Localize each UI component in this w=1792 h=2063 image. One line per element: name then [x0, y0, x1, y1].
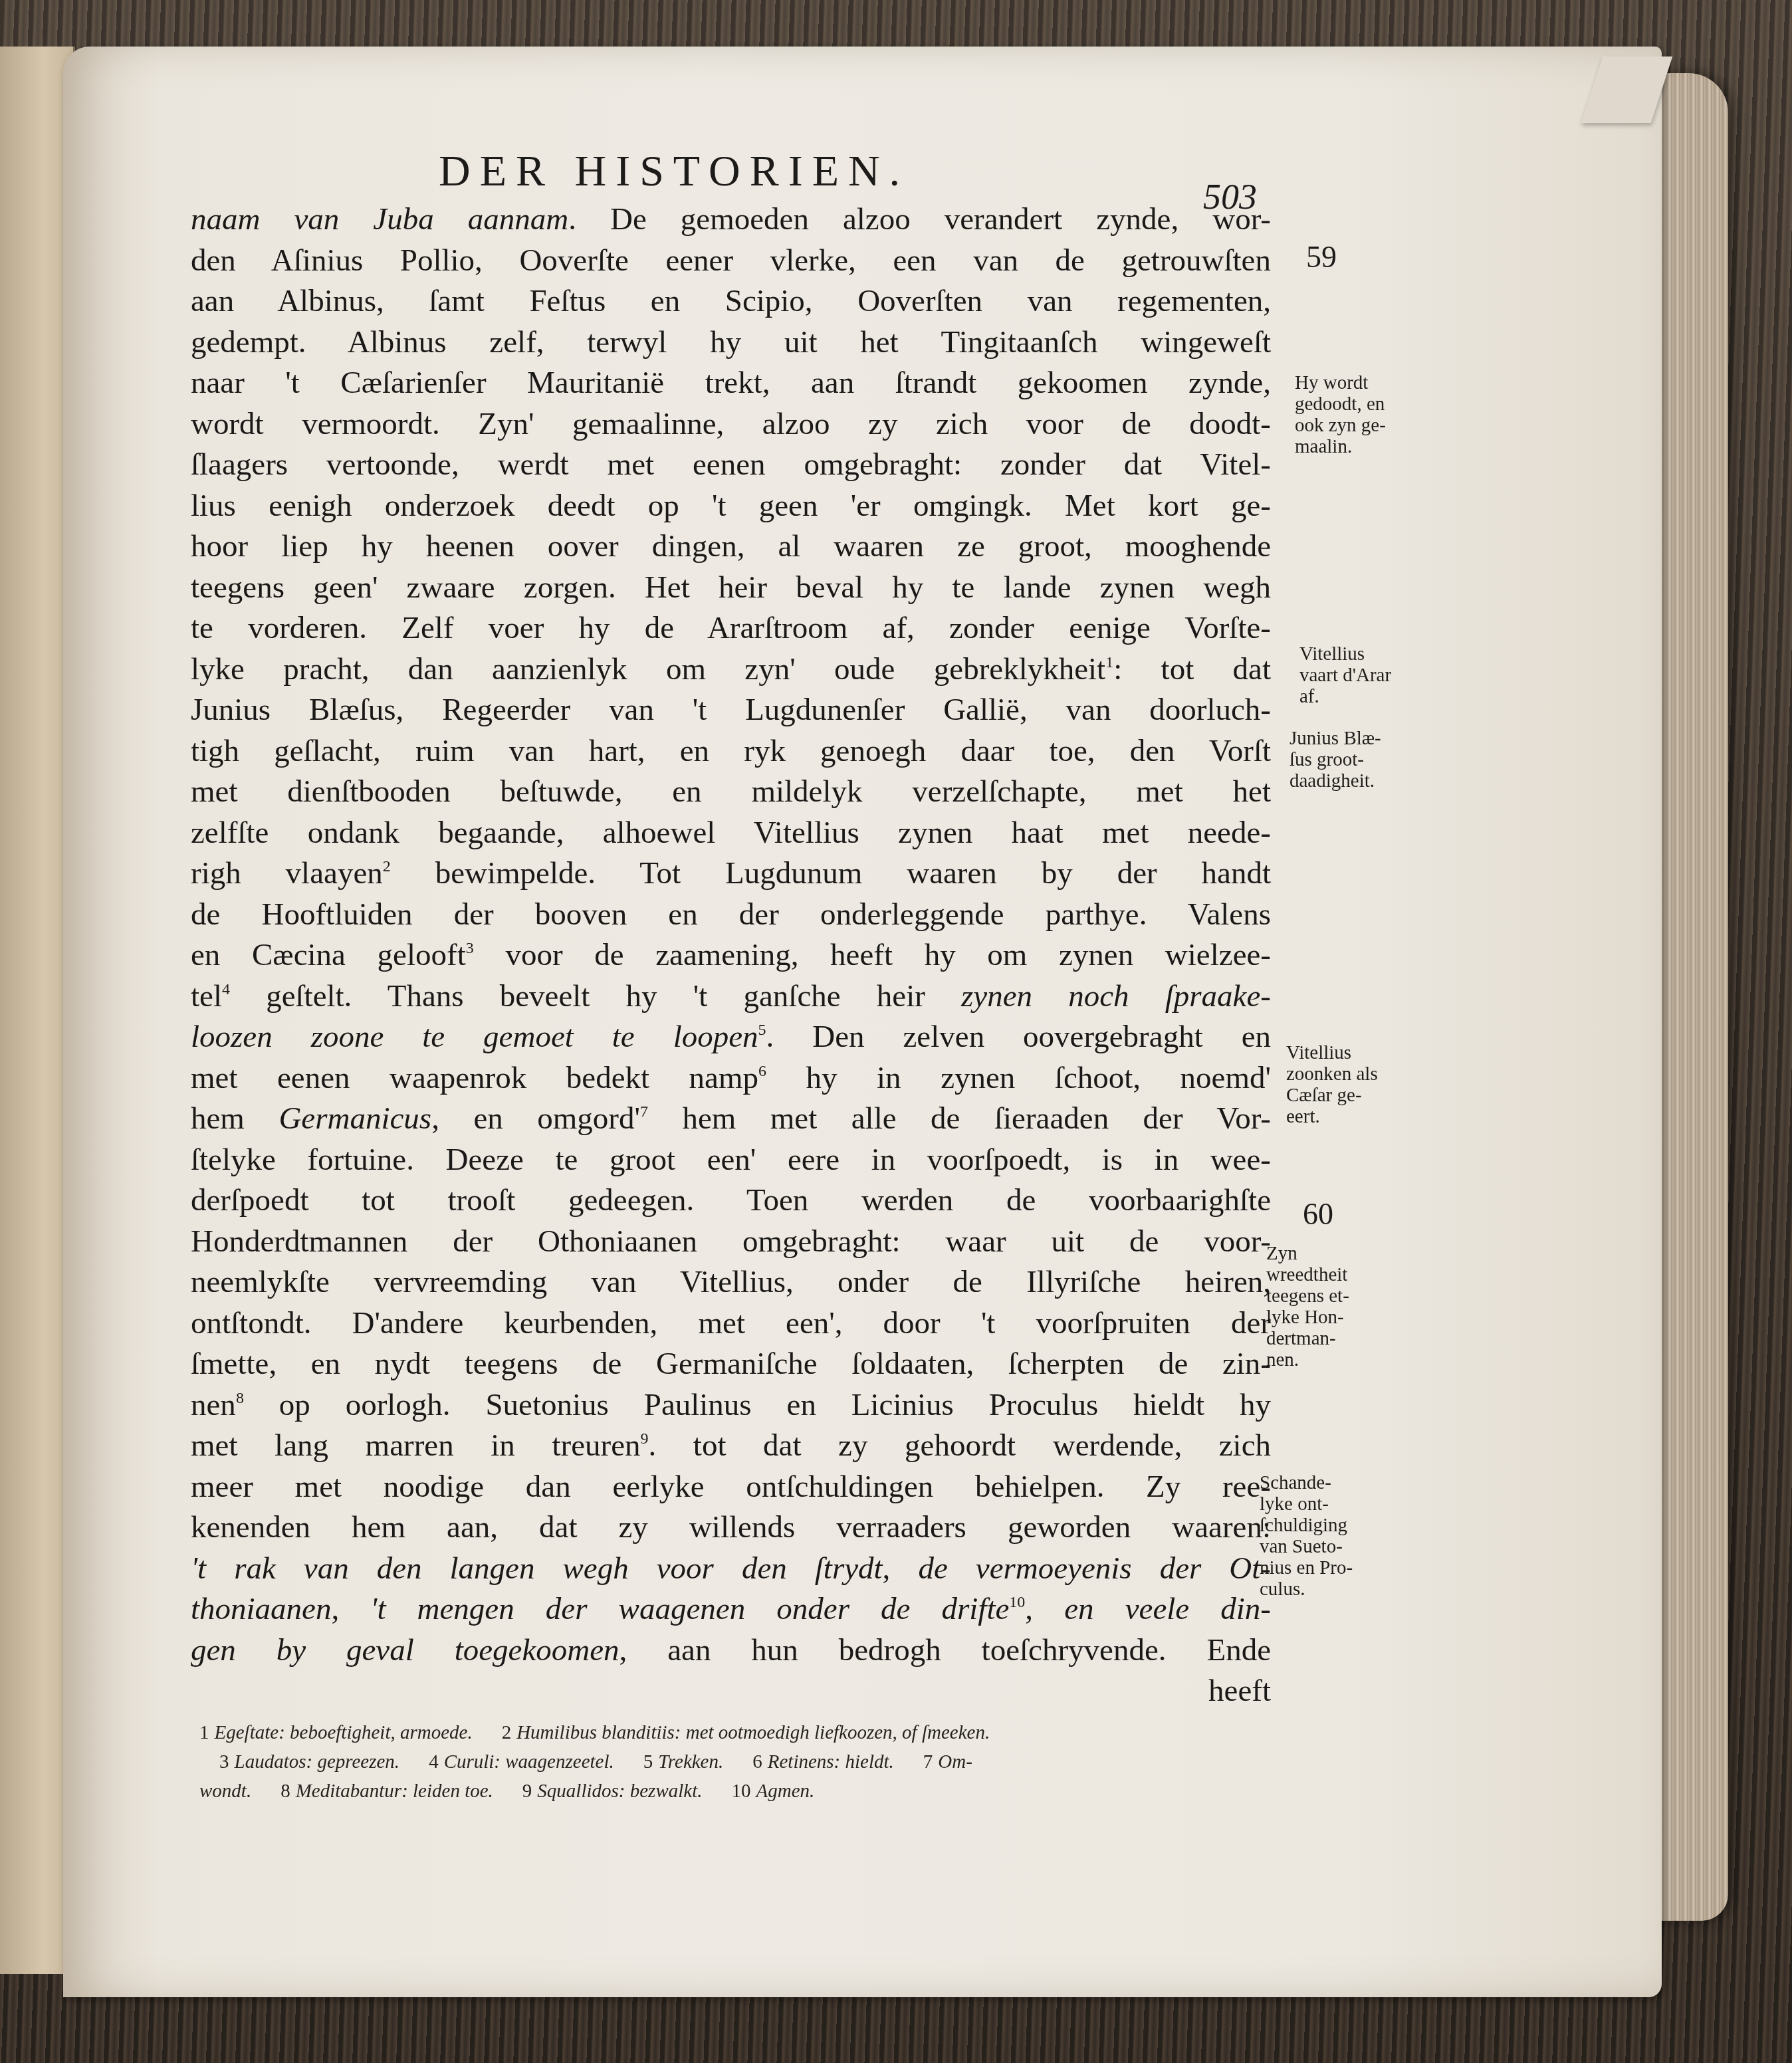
text-line: ſmette, en nydt teegens de Germaniſche ſ…: [191, 1344, 1271, 1385]
text-segment: : tot dat: [1113, 652, 1271, 687]
text-line: den Aſinius Pollio, Ooverſte eener vlerk…: [191, 241, 1271, 282]
text-line: lyke pracht, dan aanzienlyk om zyn' oude…: [191, 649, 1271, 691]
text-line: kenenden hem aan, dat zy willends verraa…: [191, 1507, 1271, 1549]
footnote-item: 9Squallidos: bezwalkt.: [522, 1781, 703, 1802]
text-segment: geſtelt. Thans beveelt hy 't ganſche hei…: [230, 979, 961, 1014]
text-segment: op oorlogh. Suetonius Paulinus en Licini…: [244, 1388, 1271, 1422]
footnote-item: 2Humilibus blanditiis: met ootmoedigh li…: [502, 1722, 990, 1743]
text-segment: derſpoedt tot trooſt gedeegen. Toen werd…: [191, 1183, 1271, 1218]
text-segment: naam van Juba aannam: [191, 202, 568, 237]
text-line: de Hooftluiden der booven en der onderle…: [191, 895, 1271, 936]
margin-note-line: Zyn: [1266, 1243, 1419, 1264]
footnote-term: Egeſtate:: [215, 1722, 290, 1743]
text-line: te vorderen. Zelf voer hy de Ararſtroom …: [191, 608, 1271, 649]
text-segment: 't mengen der waagenen onder de drifte: [370, 1592, 1009, 1626]
text-segment: de Hooftluiden der booven en der onderle…: [191, 897, 1271, 932]
footnote-marker: 9: [641, 1430, 649, 1448]
footnote-term: Agmen.: [756, 1781, 814, 1802]
margin-note-line: nen.: [1266, 1349, 1419, 1370]
footnote-definition: gepreezen.: [317, 1751, 399, 1773]
footnote-number: 7: [923, 1751, 933, 1773]
text-line: meer met noodige dan eerlyke ontſchuldin…: [191, 1467, 1271, 1508]
footnote-term: Squallidos:: [537, 1781, 629, 1802]
text-line: teegens geen' zwaare zorgen. Het heir be…: [191, 568, 1271, 609]
text-line: ontſtondt. D'andere keurbenden, met een'…: [191, 1303, 1271, 1345]
text-segment: voor de zaamening, heeft hy om zynen wie…: [474, 938, 1271, 972]
text-line: met dienſtbooden beſtuwde, en mildelyk v…: [191, 772, 1271, 813]
text-line: gedempt. Albinus zelf, terwyl hy uit het…: [191, 322, 1271, 364]
margin-note-line: ſus groot-: [1289, 749, 1442, 770]
footnote-number: 5: [643, 1751, 653, 1773]
text-segment: 't rak van den langen wegh voor den ſtry…: [191, 1551, 883, 1586]
text-segment: , en omgord': [431, 1101, 640, 1136]
margin-note-line: ſchuldiging: [1260, 1515, 1412, 1536]
footnote-marker: 6: [758, 1063, 766, 1080]
text-line: derſpoedt tot trooſt gedeegen. Toen werd…: [191, 1180, 1271, 1222]
footnote-marker: 8: [236, 1390, 244, 1407]
text-line: wordt vermoordt. Zyn' gemaalinne, alzoo …: [191, 404, 1271, 445]
margin-note-line: Cæſar ge-: [1286, 1085, 1439, 1106]
text-segment: . tot dat zy gehoordt werdende, zich: [649, 1428, 1272, 1463]
text-segment: met dienſtbooden beſtuwde, en mildelyk v…: [191, 774, 1271, 809]
footnote-marker: 4: [222, 981, 230, 998]
footnote-number: 8: [280, 1781, 290, 1802]
chapter-number: 60: [1303, 1196, 1333, 1232]
text-segment: ſtelyke fortuine. Deeze te groot een' ee…: [191, 1142, 1271, 1177]
margin-note-line: wreedtheit: [1266, 1264, 1419, 1285]
footnote-item: 1Egeſtate: beboeftigheit, armoede.: [199, 1722, 473, 1743]
text-segment: wordt vermoordt. Zyn' gemaalinne, alzoo …: [191, 407, 1271, 441]
footnote-definition: hieldt.: [845, 1751, 894, 1773]
text-segment: Germanicus: [279, 1101, 431, 1136]
footnote-definition: waagenzeetel.: [505, 1751, 614, 1773]
margin-note-line: Junius Blæ-: [1289, 728, 1442, 749]
margin-note-line: af.: [1299, 686, 1452, 707]
footnote-definition: met ootmoedigh liefkoozen, of ſmeeken.: [686, 1722, 990, 1743]
text-line: aan Albinus, ſamt Feſtus en Scipio, Oove…: [191, 281, 1271, 322]
text-segment: bewimpelde. Tot Lugdunum waaren by der h…: [391, 856, 1271, 891]
margin-note-line: Schande-: [1260, 1472, 1412, 1493]
text-segment: zelfſte ondank begaande, alhoewel Vitell…: [191, 815, 1271, 850]
text-segment: tigh geſlacht, ruim van hart, en ryk gen…: [191, 734, 1271, 768]
text-line: thoniaanen, 't mengen der waagenen onder…: [191, 1589, 1271, 1630]
text-segment: gedempt. Albinus zelf, terwyl hy uit het…: [191, 325, 1271, 360]
text-line: ſlaagers vertoonde, werdt met eenen omge…: [191, 445, 1271, 486]
footnote-marker: 2: [383, 858, 391, 875]
footnote-marker: 1: [1105, 654, 1113, 671]
text-segment: tel: [191, 979, 222, 1014]
footnote-number: 2: [502, 1722, 512, 1743]
margin-note-line: lyke ont-: [1260, 1493, 1412, 1515]
footnote-item: 7Om-: [923, 1751, 972, 1773]
margin-note-line: lyke Hon-: [1266, 1307, 1419, 1328]
footnote-definition: beboeftigheit, armoede.: [290, 1722, 473, 1743]
text-segment: meer met noodige dan eerlyke ontſchuldin…: [191, 1469, 1271, 1504]
text-segment: hem met alle de ſieraaden der Vor-: [648, 1101, 1271, 1136]
text-line: zelfſte ondank begaande, alhoewel Vitell…: [191, 813, 1271, 854]
text-line: Junius Blæſus, Regeerder van 't Lugdunen…: [191, 690, 1271, 731]
footnote-definition: leiden toe.: [413, 1781, 493, 1802]
text-line: heeft: [191, 1671, 1271, 1712]
text-segment: hem: [191, 1101, 279, 1136]
text-segment: ſlaagers vertoonde, werdt met eenen omge…: [191, 447, 1271, 482]
text-line: neemlykſte vervreemding van Vitellius, o…: [191, 1262, 1271, 1303]
footnote-term: Curuli:: [444, 1751, 506, 1773]
text-segment: teegens geen' zwaare zorgen. Het heir be…: [191, 570, 1271, 605]
footnote-term: Trekken.: [658, 1751, 723, 1773]
text-line: hoor liep hy heenen oover dingen, al waa…: [191, 526, 1271, 568]
margin-note-line: gedoodt, en: [1295, 393, 1448, 415]
footnote-item: 6Retinens: hieldt.: [752, 1751, 894, 1773]
text-segment: ſmette, en nydt teegens de Germaniſche ſ…: [191, 1347, 1271, 1381]
margin-note-line: culus.: [1260, 1578, 1412, 1600]
text-segment: neemlykſte vervreemding van Vitellius, o…: [191, 1265, 1271, 1299]
margin-note-line: ook zyn ge-: [1295, 415, 1448, 436]
margin-note-line: Vitellius: [1286, 1042, 1439, 1063]
margin-note-line: Vitellius: [1299, 643, 1452, 665]
text-line: 't rak van den langen wegh voor den ſtry…: [191, 1549, 1271, 1590]
text-line: ſtelyke fortuine. Deeze te groot een' ee…: [191, 1140, 1271, 1181]
margin-note: Vitelliuszoonken alsCæſar ge-eert.: [1286, 1042, 1439, 1127]
footnote-term: Om-: [938, 1751, 972, 1773]
margin-note-line: eert.: [1286, 1106, 1439, 1127]
footnote-number: 1: [199, 1722, 209, 1743]
footnote-line: wondt.8Meditabantur: leiden toe.9Squalli…: [199, 1777, 1289, 1806]
footnote-number: 3: [219, 1751, 229, 1773]
margin-note-line: vaart d'Arar: [1299, 665, 1452, 686]
text-segment: zynen noch ſpraake-: [961, 979, 1271, 1014]
text-line: gen by geval toegekoomen, aan hun bedrog…: [191, 1630, 1271, 1672]
text-segment: nen: [191, 1388, 236, 1422]
footnote-item: wondt.: [199, 1781, 251, 1802]
text-segment: kenenden hem aan, dat zy willends verraa…: [191, 1510, 1271, 1545]
footnote-item: 4Curuli: waagenzeetel.: [429, 1751, 614, 1773]
footnote-term: wondt.: [199, 1781, 251, 1802]
text-segment: lyke pracht, dan aanzienlyk om zyn' oude…: [191, 652, 1105, 687]
text-segment: en veele din-: [1064, 1592, 1271, 1626]
text-line: lius eenigh onderzoek deedt op 't geen '…: [191, 486, 1271, 527]
footnote-number: 10: [731, 1781, 750, 1802]
text-segment: de vermoeyenis der Ot-: [918, 1551, 1271, 1586]
text-segment: . De gemoeden alzoo verandert zynde, wor…: [568, 202, 1271, 237]
footnote-marker: 7: [640, 1103, 648, 1121]
margin-note-line: daadigheit.: [1289, 770, 1442, 792]
footnote-term: Retinens:: [768, 1751, 845, 1773]
text-segment: te vorderen. Zelf voer hy de Ararſtroom …: [191, 611, 1271, 645]
footnote-marker: 3: [466, 940, 474, 957]
footnote-marker: 5: [758, 1022, 766, 1039]
margin-note-line: dertman-: [1266, 1328, 1419, 1349]
text-line: en Cæcina gelooft3 voor de zaamening, he…: [191, 935, 1271, 976]
text-segment: thoniaanen: [191, 1592, 331, 1626]
text-segment: ,: [331, 1592, 370, 1626]
body-text: naam van Juba aannam. De gemoeden alzoo …: [191, 199, 1271, 1712]
margin-note: Hy wordtgedoodt, enook zyn ge-maalin.: [1295, 372, 1448, 457]
margin-note-line: Hy wordt: [1295, 372, 1448, 393]
text-segment: met lang marren in treuren: [191, 1428, 641, 1463]
text-segment: loozen zoone te gemoet te loopen: [191, 1020, 758, 1054]
margin-note: Zynwreedtheitteegens et-lyke Hon-dertman…: [1266, 1243, 1419, 1370]
text-segment: met eenen waapenrok bedekt namp: [191, 1061, 758, 1095]
footnote-line: 1Egeſtate: beboeftigheit, armoede.2Humil…: [199, 1718, 1289, 1747]
text-segment: righ vlaayen: [191, 856, 383, 891]
text-segment: aan Albinus, ſamt Feſtus en Scipio, Oove…: [191, 284, 1271, 318]
text-segment: den Aſinius Pollio, Ooverſte eener vlerk…: [191, 243, 1271, 278]
text-line: hem Germanicus, en omgord'7 hem met alle…: [191, 1099, 1271, 1140]
footnote-line: 3Laudatos: gepreezen.4Curuli: waagenzeet…: [199, 1747, 1289, 1777]
footnote-item: 8Meditabantur: leiden toe.: [280, 1781, 493, 1802]
text-line: met eenen waapenrok bedekt namp6 hy in z…: [191, 1058, 1271, 1099]
margin-note-line: teegens et-: [1266, 1285, 1419, 1307]
margin-note: Junius Blæ-ſus groot-daadigheit.: [1289, 728, 1442, 792]
text-segment: naar 't Cæſarienſer Mauritanië trekt, aa…: [191, 366, 1271, 400]
text-line: met lang marren in treuren9. tot dat zy …: [191, 1426, 1271, 1467]
text-segment: heeft: [1208, 1674, 1271, 1708]
margin-note: Schande-lyke ont-ſchuldigingvan Sueto-ni…: [1260, 1472, 1412, 1600]
footnote-item: 3Laudatos: gepreezen.: [219, 1751, 399, 1773]
margin-note-line: nius en Pro-: [1260, 1557, 1412, 1578]
footnotes: 1Egeſtate: beboeftigheit, armoede.2Humil…: [199, 1718, 1289, 1806]
text-line: tigh geſlacht, ruim van hart, en ryk gen…: [191, 731, 1271, 772]
footnote-number: 9: [522, 1781, 532, 1802]
text-line: naam van Juba aannam. De gemoeden alzoo …: [191, 199, 1271, 241]
text-segment: . Den zelven oovergebraght en: [766, 1020, 1271, 1054]
margin-note-line: maalin.: [1295, 436, 1448, 457]
text-line: righ vlaayen2 bewimpelde. Tot Lugdunum w…: [191, 853, 1271, 895]
text-segment: , aan hun bedrogh toeſchryvende. Ende: [619, 1633, 1271, 1668]
footnote-definition: bezwalkt.: [630, 1781, 703, 1802]
text-line: naar 't Cæſarienſer Mauritanië trekt, aa…: [191, 363, 1271, 404]
text-line: loozen zoone te gemoet te loopen5. Den z…: [191, 1017, 1271, 1058]
footnote-number: 6: [752, 1751, 762, 1773]
text-segment: en Cæcina gelooft: [191, 938, 466, 972]
text-segment: ,: [883, 1551, 919, 1586]
text-segment: hy in zynen ſchoot, noemd': [766, 1061, 1271, 1095]
text-segment: Honderdtmannen der Othoniaanen omgebragh…: [191, 1224, 1271, 1259]
footnote-marker: 10: [1009, 1594, 1025, 1611]
footnote-term: Laudatos:: [235, 1751, 318, 1773]
text-segment: ontſtondt. D'andere keurbenden, met een'…: [191, 1306, 1271, 1341]
text-line: tel4 geſtelt. Thans beveelt hy 't ganſch…: [191, 976, 1271, 1018]
chapter-number: 59: [1306, 239, 1337, 274]
text-segment: hoor liep hy heenen oover dingen, al waa…: [191, 529, 1271, 564]
text-segment: ,: [1025, 1592, 1064, 1626]
footnote-item: 10Agmen.: [731, 1781, 814, 1802]
margin-note-line: zoonken als: [1286, 1063, 1439, 1085]
text-segment: gen by geval toegekoomen: [191, 1633, 619, 1668]
margin-note-line: van Sueto-: [1260, 1536, 1412, 1557]
text-segment: Junius Blæſus, Regeerder van 't Lugdunen…: [191, 693, 1271, 727]
margin-note: Vitelliusvaart d'Araraf.: [1299, 643, 1452, 707]
footnote-number: 4: [429, 1751, 439, 1773]
text-segment: lius eenigh onderzoek deedt op 't geen '…: [191, 489, 1271, 523]
running-title: DER HISTORIEN.: [439, 146, 909, 197]
text-line: nen8 op oorlogh. Suetonius Paulinus en L…: [191, 1385, 1271, 1426]
text-line: Honderdtmannen der Othoniaanen omgebragh…: [191, 1222, 1271, 1263]
footnote-item: 5Trekken.: [643, 1751, 723, 1773]
footnote-term: Meditabantur:: [296, 1781, 413, 1802]
footnote-term: Humilibus blanditiis:: [516, 1722, 686, 1743]
